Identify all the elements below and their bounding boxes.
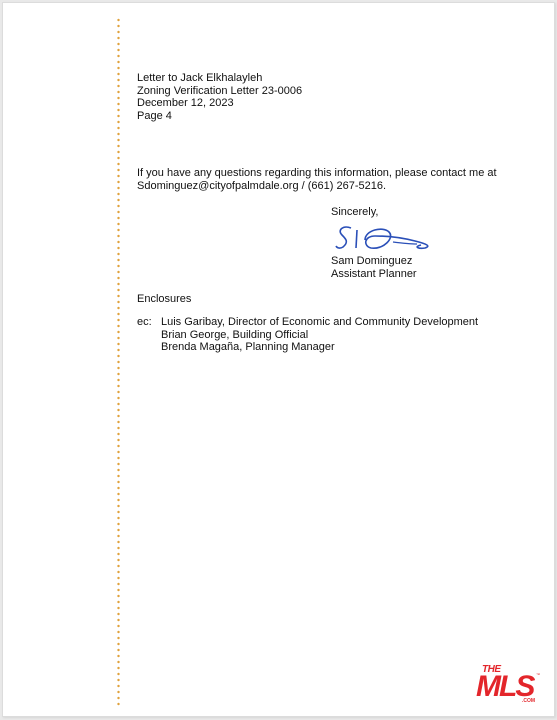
- cc-list: Luis Garibay, Director of Economic and C…: [161, 316, 478, 354]
- contact-paragraph: If you have any questions regarding this…: [137, 167, 497, 192]
- margin-dotted-line: [117, 17, 120, 707]
- header-recipient: Letter to Jack Elkhalayleh: [137, 72, 302, 85]
- logo-trademark: ™: [536, 672, 540, 677]
- header-page: Page 4: [137, 110, 302, 123]
- themls-watermark-logo: THE MLS ™ .COM: [476, 664, 546, 710]
- signer-block: Sam Dominguez Assistant Planner: [331, 255, 417, 280]
- closing: Sincerely,: [331, 206, 378, 219]
- signature-icon: [333, 222, 438, 254]
- logo-com: .COM: [522, 698, 535, 704]
- contact-line-1: If you have any questions regarding this…: [137, 167, 497, 180]
- cc-recipient: Luis Garibay, Director of Economic and C…: [161, 316, 478, 329]
- cc-recipient: Brian George, Building Official: [161, 329, 478, 342]
- header-subject: Zoning Verification Letter 23-0006: [137, 85, 302, 98]
- enclosures-label: Enclosures: [137, 293, 191, 306]
- letter-header: Letter to Jack Elkhalayleh Zoning Verifi…: [137, 72, 302, 122]
- contact-line-2: Sdominguez@cityofpalmdale.org / (661) 26…: [137, 180, 497, 193]
- header-date: December 12, 2023: [137, 97, 302, 110]
- cc-recipient: Brenda Magaña, Planning Manager: [161, 341, 478, 354]
- document-page: Letter to Jack Elkhalayleh Zoning Verifi…: [2, 2, 555, 717]
- signer-name: Sam Dominguez: [331, 255, 417, 268]
- signer-title: Assistant Planner: [331, 268, 417, 281]
- cc-label: ec:: [137, 316, 152, 329]
